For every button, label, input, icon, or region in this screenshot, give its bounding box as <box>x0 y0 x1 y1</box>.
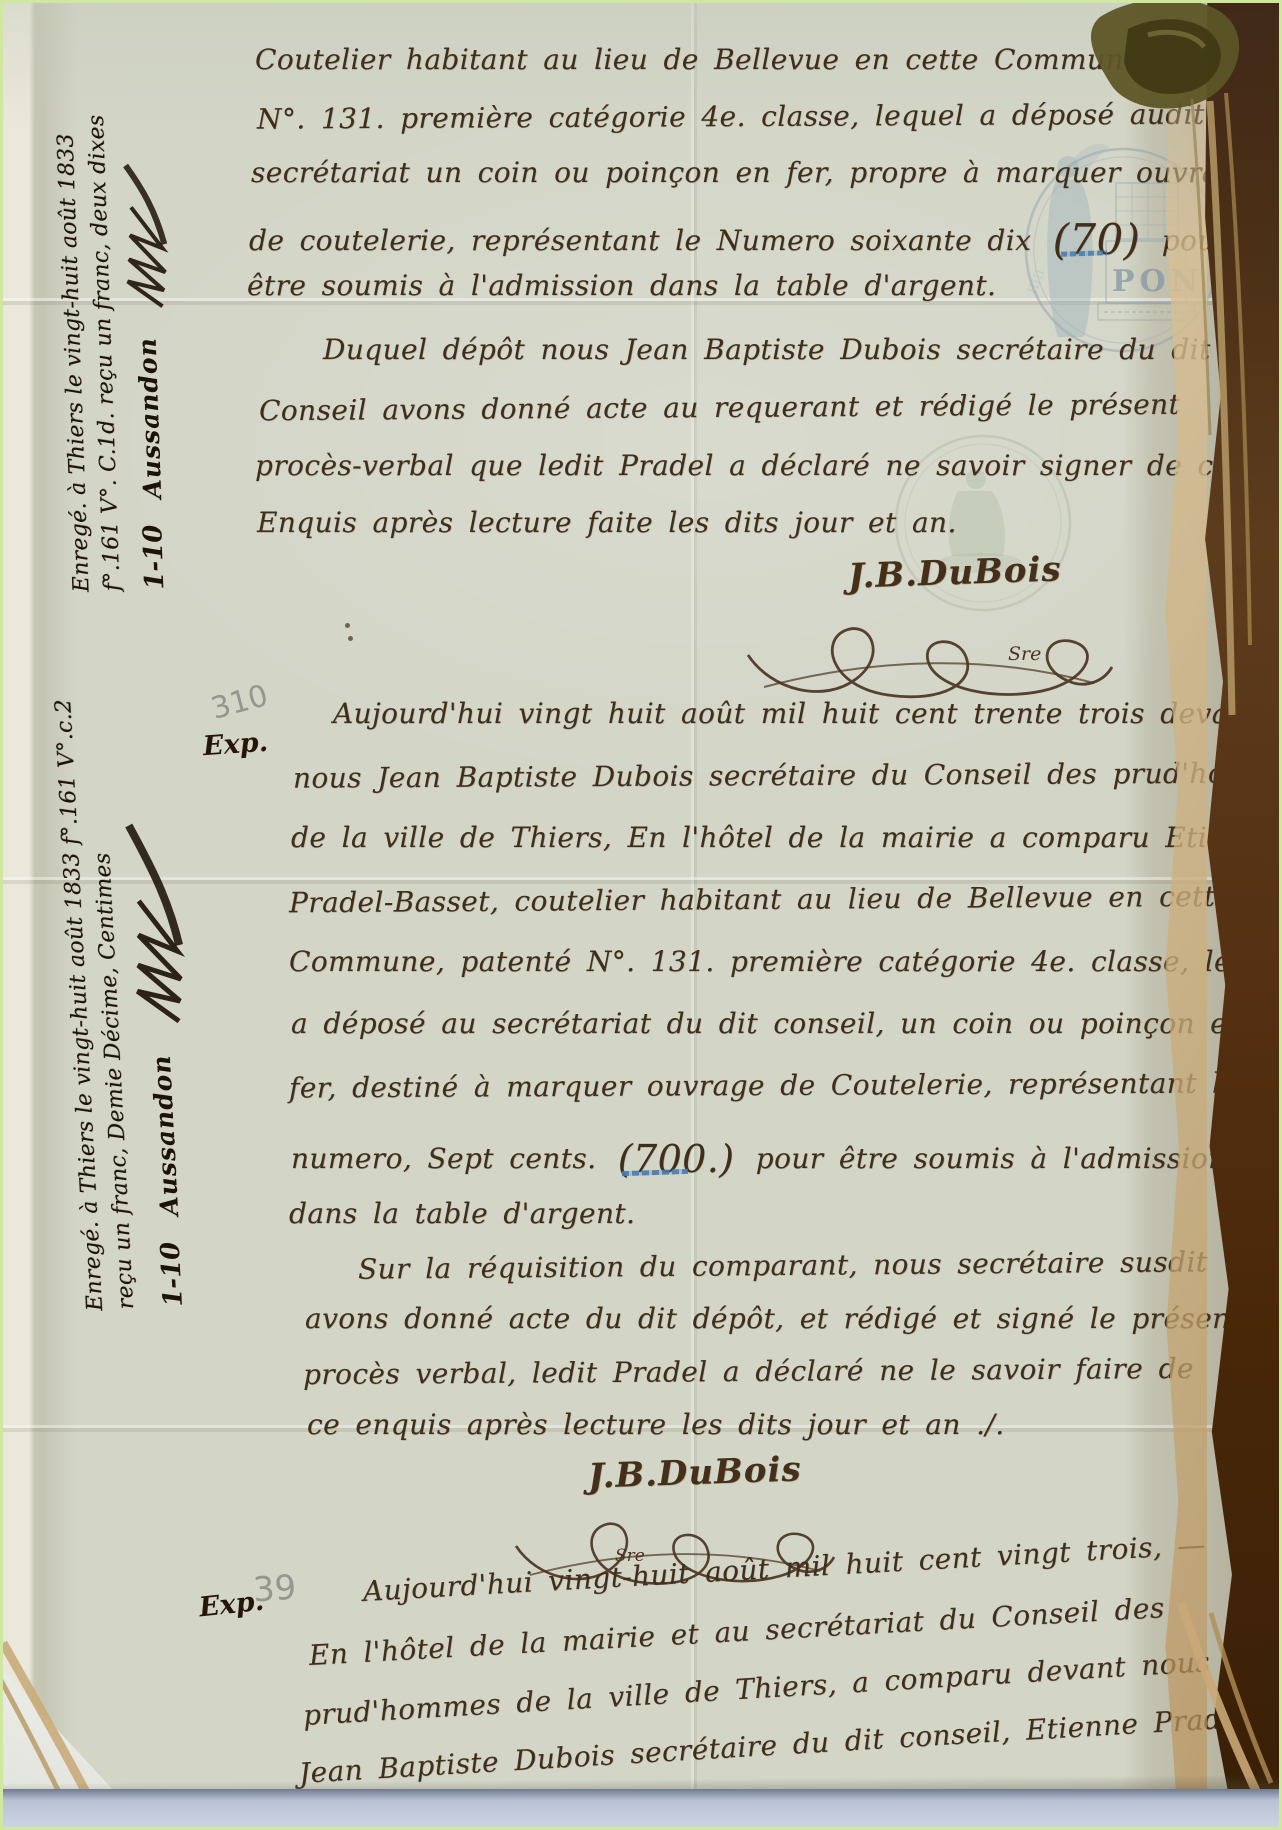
body-line: ce enquis après lecture les dits jour et… <box>307 1408 1005 1441</box>
expedition-label: Exp. <box>202 727 269 762</box>
registration-note-top: Enregé. à Thiers le vingt-huit août 1833… <box>48 49 179 593</box>
body-line-text: pour être soumis à l'admission <box>756 1142 1227 1175</box>
body-line: Pradel-Basset, coutelier habitant au lie… <box>289 880 1233 920</box>
body-line-text: de coutelerie, représentant le Numero so… <box>249 224 1031 257</box>
mark-number-700: (700.) <box>612 1137 741 1181</box>
signature-flourish <box>738 591 1118 709</box>
ink-dots <box>345 623 351 641</box>
body-line: de la ville de Thiers, En l'hôtel de la … <box>291 821 1278 854</box>
body-line: Conseil avons donné acte au requerant et… <box>259 388 1180 427</box>
binding-tassel <box>1078 0 1278 775</box>
fee-amount: 1-10 <box>156 1241 189 1308</box>
expedition-label: Exp. <box>198 1586 266 1624</box>
thread-strands-bottom-right <box>1153 1603 1282 1798</box>
registrar-paraph <box>117 161 168 313</box>
body-line: Commune, patenté N°. 131. première catég… <box>289 945 1282 978</box>
registrar-signature: Aussandon <box>132 337 167 499</box>
body-line: dans la table d'argent. <box>289 1197 635 1230</box>
secretary-signature: J.B.DuBois <box>587 1449 802 1496</box>
body-line: procès verbal, ledit Pradel a déclaré ne… <box>303 1352 1194 1391</box>
pencil-number: 310 <box>207 678 271 727</box>
body-line: fer, destiné à marquer ouvrage de Coutel… <box>289 1067 1239 1105</box>
manuscript-page: PON IIITPAI IIIII Coutelier habitant au … <box>0 0 1282 1830</box>
scanner-background <box>3 1789 1279 1827</box>
body-line: a déposé au secrétariat du dit conseil, … <box>291 1007 1246 1040</box>
body-line: Enquis après lecture faite les dits jour… <box>257 506 957 539</box>
registrar-signature: Aussandon <box>146 1054 183 1217</box>
body-line-with-number: numero, Sept cents. (700.) pour être sou… <box>291 1133 1227 1177</box>
registration-note-bottom: Enregé. à Thiers le vingt-huit août 1833… <box>44 616 202 1311</box>
body-line: avons donné acte du dit dépôt, et rédigé… <box>305 1302 1242 1335</box>
body-line: être soumis à l'admission dans la table … <box>247 269 996 302</box>
secretary-signature: J.B.DuBois <box>847 549 1062 596</box>
registrar-paraph <box>120 817 187 1030</box>
signature-suffix: Sre <box>1008 643 1041 665</box>
fee-amount: 1-10 <box>138 524 170 590</box>
body-line: Sur la réquisition du comparant, nous se… <box>358 1245 1208 1285</box>
body-line-text: numero, Sept cents. <box>291 1142 596 1175</box>
